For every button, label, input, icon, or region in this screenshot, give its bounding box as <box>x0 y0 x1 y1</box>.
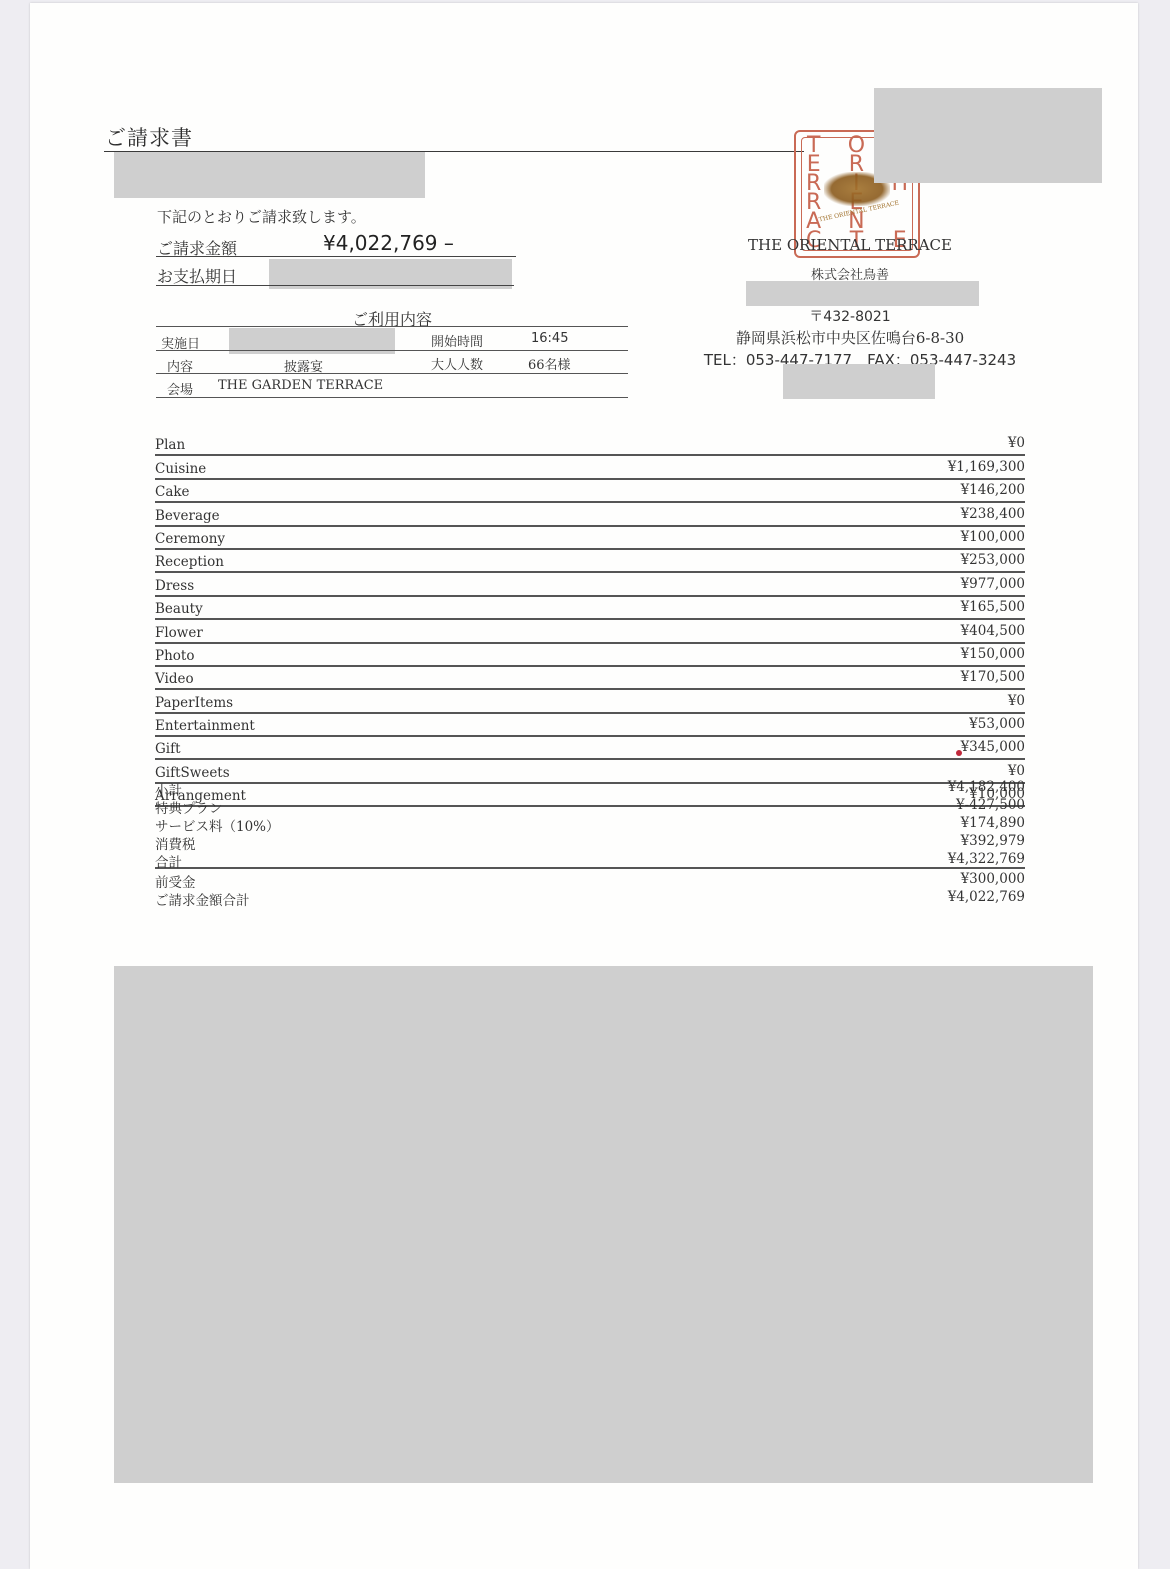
summary-label: 特典プラン <box>155 797 223 817</box>
line-item-amount: ¥253,000 <box>961 552 1025 568</box>
summary-label: 消費税 <box>155 833 196 853</box>
line-item-row: Flower¥404,500 <box>155 622 1025 643</box>
usage-rule-1 <box>156 350 628 351</box>
line-item-amount: ¥1,169,300 <box>948 459 1025 475</box>
adults-label: 大人人数 <box>431 354 483 373</box>
line-item-label: Entertainment <box>155 718 255 734</box>
venue-label: 会場 <box>167 379 193 398</box>
summary-label: 前受金 <box>155 871 196 891</box>
line-item-amount: ¥146,200 <box>961 482 1025 498</box>
line-item-amount: ¥0 <box>1008 763 1025 779</box>
line-item-row: Video¥170,500 <box>155 669 1025 690</box>
line-item-label: Beverage <box>155 508 220 524</box>
line-item-amount: ¥0 <box>1008 693 1025 709</box>
line-item-amount: ¥977,000 <box>961 576 1025 592</box>
line-item-label: Flower <box>155 625 203 641</box>
redacted-company-line <box>746 281 979 306</box>
line-item-amount: ¥0 <box>1008 435 1025 451</box>
start-time-value: 16:45 <box>531 331 568 346</box>
due-divider <box>156 285 514 286</box>
line-item-row: Cake¥146,200 <box>155 482 1025 503</box>
summary-amount: ¥4,022,769 <box>948 889 1025 905</box>
line-item-row: Gift¥345,000 <box>155 739 1025 760</box>
summary-label: ご請求金額合計 <box>155 889 250 909</box>
summary-table: 小計¥4,182,400特典プラン¥-427,500サービス料（10%）¥174… <box>155 779 1025 907</box>
line-item-label: Video <box>155 671 194 687</box>
line-item-label: Plan <box>155 437 185 453</box>
document-title: ご請求書 <box>105 122 193 152</box>
company-zip: 〒432-8021 <box>700 306 1000 326</box>
summary-amount: ¥392,979 <box>961 833 1025 849</box>
venue-value: THE GARDEN TERRACE <box>218 378 383 393</box>
line-item-row: Cuisine¥1,169,300 <box>155 458 1025 479</box>
line-item-amount: ¥170,500 <box>961 669 1025 685</box>
amount-divider <box>156 256 516 257</box>
line-item-row: Reception¥253,000 <box>155 552 1025 573</box>
summary-label: 合計 <box>155 851 182 871</box>
summary-row: ご請求金額合計¥4,022,769 <box>155 889 1025 907</box>
line-item-label: Ceremony <box>155 531 225 547</box>
redacted-bank-info-block <box>114 966 1093 1483</box>
billing-amount-value: ¥4,022,769 – <box>323 231 454 255</box>
summary-amount: ¥4,322,769 <box>948 851 1025 867</box>
line-item-amount: ¥100,000 <box>961 529 1025 545</box>
summary-amount: ¥-427,500 <box>956 797 1025 813</box>
usage-rule-2 <box>156 373 628 374</box>
usage-rule-top <box>156 326 628 327</box>
summary-row: 小計¥4,182,400 <box>155 779 1025 797</box>
line-item-label: Beauty <box>155 601 203 617</box>
line-item-row: Beauty¥165,500 <box>155 599 1025 620</box>
line-item-row: PaperItems¥0 <box>155 692 1025 713</box>
redacted-header-info <box>874 88 1102 183</box>
usage-rule-bottom <box>156 397 628 398</box>
summary-row: 前受金¥300,000 <box>155 871 1025 889</box>
intro-text: 下記のとおりご請求致します。 <box>157 206 366 227</box>
summary-row: サービス料（10%）¥174,890 <box>155 815 1025 833</box>
line-item-row: Dress¥977,000 <box>155 575 1025 596</box>
line-item-label: Photo <box>155 648 194 664</box>
line-item-amount: ¥404,500 <box>961 623 1025 639</box>
line-item-row: Photo¥150,000 <box>155 646 1025 667</box>
line-items-table: Plan¥0Cuisine¥1,169,300Cake¥146,200Bever… <box>155 435 1025 809</box>
company-name-en: THE ORIENTAL TERRACE <box>700 236 1000 254</box>
line-item-label: PaperItems <box>155 695 233 711</box>
line-item-row: Ceremony¥100,000 <box>155 529 1025 550</box>
summary-row: 合計¥4,322,769 <box>155 851 1025 869</box>
line-item-label: Gift <box>155 741 181 757</box>
summary-amount: ¥300,000 <box>961 871 1025 887</box>
line-item-row: Plan¥0 <box>155 435 1025 456</box>
summary-amount: ¥4,182,400 <box>948 779 1025 795</box>
line-item-row: Entertainment¥53,000 <box>155 716 1025 737</box>
company-address: 静岡県浜松市中央区佐鳴台6-8-30 <box>700 327 1000 348</box>
summary-amount: ¥174,890 <box>961 815 1025 831</box>
summary-row: 消費税¥392,979 <box>155 833 1025 851</box>
redacted-recipient <box>114 152 425 198</box>
redacted-contact <box>783 364 935 399</box>
line-item-label: Cuisine <box>155 461 206 477</box>
line-item-label: Reception <box>155 554 224 570</box>
line-item-label: Cake <box>155 484 190 500</box>
adults-value: 66名様 <box>528 354 571 373</box>
summary-row: 特典プラン¥-427,500 <box>155 797 1025 815</box>
line-item-amount: ¥238,400 <box>961 506 1025 522</box>
line-item-amount: ¥165,500 <box>961 599 1025 615</box>
red-mark-icon <box>956 750 962 756</box>
summary-label: サービス料（10%） <box>155 815 280 835</box>
due-date-label: お支払期日 <box>157 264 237 287</box>
line-item-label: Dress <box>155 578 194 594</box>
line-item-amount: ¥53,000 <box>969 716 1025 732</box>
summary-label: 小計 <box>155 779 182 799</box>
line-item-row: Beverage¥238,400 <box>155 505 1025 526</box>
line-item-amount: ¥345,000 <box>961 739 1025 755</box>
line-item-amount: ¥150,000 <box>961 646 1025 662</box>
start-time-label: 開始時間 <box>431 331 483 350</box>
